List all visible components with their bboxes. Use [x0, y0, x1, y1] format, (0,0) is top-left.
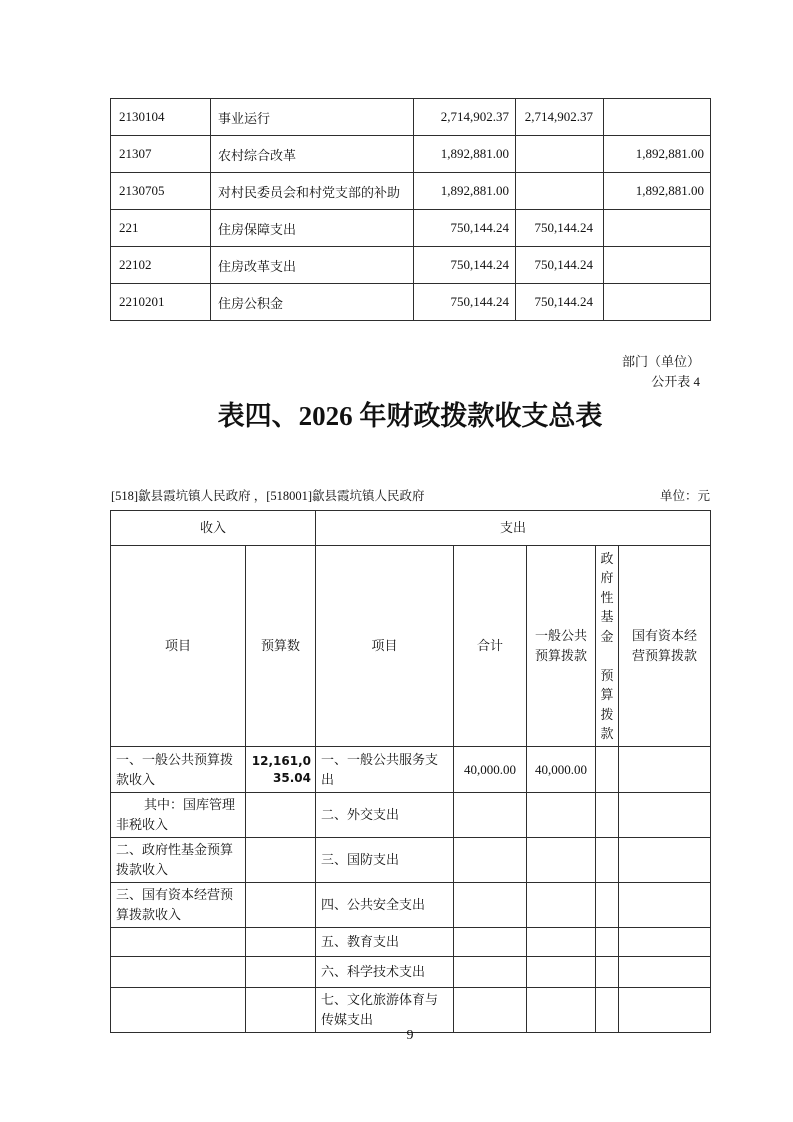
budget-item-cell: 农村综合改革: [211, 136, 414, 173]
amount-other-cell: [604, 284, 711, 321]
income-budget-header: 预算数: [246, 546, 316, 747]
budget-code-table: 2130104 事业运行 2,714,902.37 2,714,902.37 2…: [110, 98, 711, 321]
table-row: 七、文化旅游体育与 传媒支出: [111, 988, 711, 1033]
table-row: 六、科学技术支出: [111, 957, 711, 988]
income-budget-cell: [246, 838, 316, 883]
unit-label: 单位：元: [660, 486, 710, 504]
page-title: 表四、2026 年财政拨款收支总表: [110, 394, 710, 433]
organization-line: [518]歙县霞坑镇人民政府 ，[518001]歙县霞坑镇人民政府: [111, 486, 425, 504]
income-budget-cell: [246, 883, 316, 928]
income-item-cell: 一、一般公共预算拨 款收入: [111, 747, 246, 793]
budget-item-cell: 住房保障支出: [211, 210, 414, 247]
budget-code-cell: 2210201: [111, 284, 211, 321]
income-item-header: 项目: [111, 546, 246, 747]
budget-item-cell: 住房改革支出: [211, 247, 414, 284]
table-row: 其中：国库管理 非税收入 二、外交支出: [111, 793, 711, 838]
general-public-cell: [527, 957, 596, 988]
general-public-cell: [527, 838, 596, 883]
expense-item-cell: 二、外交支出: [316, 793, 454, 838]
budget-item-cell: 对村民委员会和村党支部的补助: [211, 173, 414, 210]
total-cell: [454, 988, 527, 1033]
amount-general-cell: 750,144.24: [516, 284, 604, 321]
amount-other-cell: [604, 99, 711, 136]
income-budget-cell: [246, 928, 316, 957]
expense-item-cell: 三、国防支出: [316, 838, 454, 883]
column-header-row: 项目 预算数 项目 合计 一般公共 预算拨款 政 府 性 基 金 预 算 拨 款…: [111, 546, 711, 747]
total-cell: [454, 928, 527, 957]
total-cell: [454, 883, 527, 928]
income-section-header: 收入: [111, 511, 316, 546]
income-budget-cell: [246, 957, 316, 988]
expense-item-header: 项目: [316, 546, 454, 747]
table-row: 22102 住房改革支出 750,144.24 750,144.24: [111, 247, 711, 284]
gov-fund-cell: [596, 928, 619, 957]
income-item-cell: 其中：国库管理 非税收入: [111, 793, 246, 838]
expense-item-cell: 六、科学技术支出: [316, 957, 454, 988]
state-capital-header: 国有资本经 营预算拨款: [619, 546, 711, 747]
budget-item-cell: 住房公积金: [211, 284, 414, 321]
gov-fund-header: 政 府 性 基 金 预 算 拨 款: [596, 546, 619, 747]
total-cell: 40,000.00: [454, 747, 527, 793]
expense-item-cell: 一、一般公共服务支 出: [316, 747, 454, 793]
gov-fund-cell: [596, 838, 619, 883]
budget-code-cell: 21307: [111, 136, 211, 173]
amount-total-cell: 1,892,881.00: [414, 173, 516, 210]
state-capital-cell: [619, 838, 711, 883]
general-public-cell: [527, 793, 596, 838]
income-item-cell: 二、政府性基金预算 拨款收入: [111, 838, 246, 883]
section-header-row: 收入 支出: [111, 511, 711, 546]
expense-section-header: 支出: [316, 511, 711, 546]
income-budget-cell: [246, 988, 316, 1033]
general-public-cell: [527, 883, 596, 928]
amount-total-cell: 750,144.24: [414, 210, 516, 247]
table-row: 2130705 对村民委员会和村党支部的补助 1,892,881.00 1,89…: [111, 173, 711, 210]
total-header: 合计: [454, 546, 527, 747]
amount-total-cell: 750,144.24: [414, 247, 516, 284]
fiscal-summary-table: 收入 支出 项目 预算数 项目 合计 一般公共 预算拨款 政 府 性 基 金 预…: [110, 510, 711, 1033]
total-cell: [454, 793, 527, 838]
gov-fund-cell: [596, 747, 619, 793]
state-capital-cell: [619, 747, 711, 793]
table-row: 一、一般公共预算拨 款收入 12,161,0 35.04 一、一般公共服务支 出…: [111, 747, 711, 793]
income-budget-cell: 12,161,0 35.04: [246, 747, 316, 793]
table-row: 二、政府性基金预算 拨款收入 三、国防支出: [111, 838, 711, 883]
table-row: 2210201 住房公积金 750,144.24 750,144.24: [111, 284, 711, 321]
income-item-cell: [111, 928, 246, 957]
amount-other-cell: 1,892,881.00: [604, 173, 711, 210]
table-row: 21307 农村综合改革 1,892,881.00 1,892,881.00: [111, 136, 711, 173]
amount-total-cell: 1,892,881.00: [414, 136, 516, 173]
gov-fund-cell: [596, 793, 619, 838]
amount-general-cell: 750,144.24: [516, 247, 604, 284]
state-capital-cell: [619, 957, 711, 988]
amount-other-cell: [604, 247, 711, 284]
general-public-cell: 40,000.00: [527, 747, 596, 793]
table-row: 三、国有资本经营预 算拨款收入 四、公共安全支出: [111, 883, 711, 928]
state-capital-cell: [619, 793, 711, 838]
public-table-number: 公开表 4: [622, 372, 700, 392]
amount-general-cell: [516, 173, 604, 210]
general-public-header: 一般公共 预算拨款: [527, 546, 596, 747]
state-capital-cell: [619, 883, 711, 928]
general-public-cell: [527, 928, 596, 957]
budget-code-cell: 221: [111, 210, 211, 247]
table-row: 2130104 事业运行 2,714,902.37 2,714,902.37: [111, 99, 711, 136]
expense-item-cell: 七、文化旅游体育与 传媒支出: [316, 988, 454, 1033]
gov-fund-cell: [596, 883, 619, 928]
budget-code-cell: 2130705: [111, 173, 211, 210]
income-budget-cell: [246, 793, 316, 838]
income-item-cell: [111, 988, 246, 1033]
amount-total-cell: 2,714,902.37: [414, 99, 516, 136]
amount-total-cell: 750,144.24: [414, 284, 516, 321]
state-capital-cell: [619, 928, 711, 957]
gov-fund-cell: [596, 957, 619, 988]
header-note: 部门（单位） 公开表 4: [622, 352, 700, 392]
total-cell: [454, 957, 527, 988]
income-item-cell: 三、国有资本经营预 算拨款收入: [111, 883, 246, 928]
state-capital-cell: [619, 988, 711, 1033]
page-number: 9: [110, 1028, 710, 1044]
expense-item-cell: 五、教育支出: [316, 928, 454, 957]
amount-general-cell: 750,144.24: [516, 210, 604, 247]
gov-fund-cell: [596, 988, 619, 1033]
table-row: 五、教育支出: [111, 928, 711, 957]
total-cell: [454, 838, 527, 883]
income-item-cell: [111, 957, 246, 988]
amount-other-cell: [604, 210, 711, 247]
general-public-cell: [527, 988, 596, 1033]
amount-general-cell: 2,714,902.37: [516, 99, 604, 136]
amount-general-cell: [516, 136, 604, 173]
budget-code-cell: 2130104: [111, 99, 211, 136]
amount-other-cell: 1,892,881.00: [604, 136, 711, 173]
budget-item-cell: 事业运行: [211, 99, 414, 136]
budget-code-cell: 22102: [111, 247, 211, 284]
table-row: 221 住房保障支出 750,144.24 750,144.24: [111, 210, 711, 247]
department-unit-label: 部门（单位）: [622, 352, 700, 372]
expense-item-cell: 四、公共安全支出: [316, 883, 454, 928]
